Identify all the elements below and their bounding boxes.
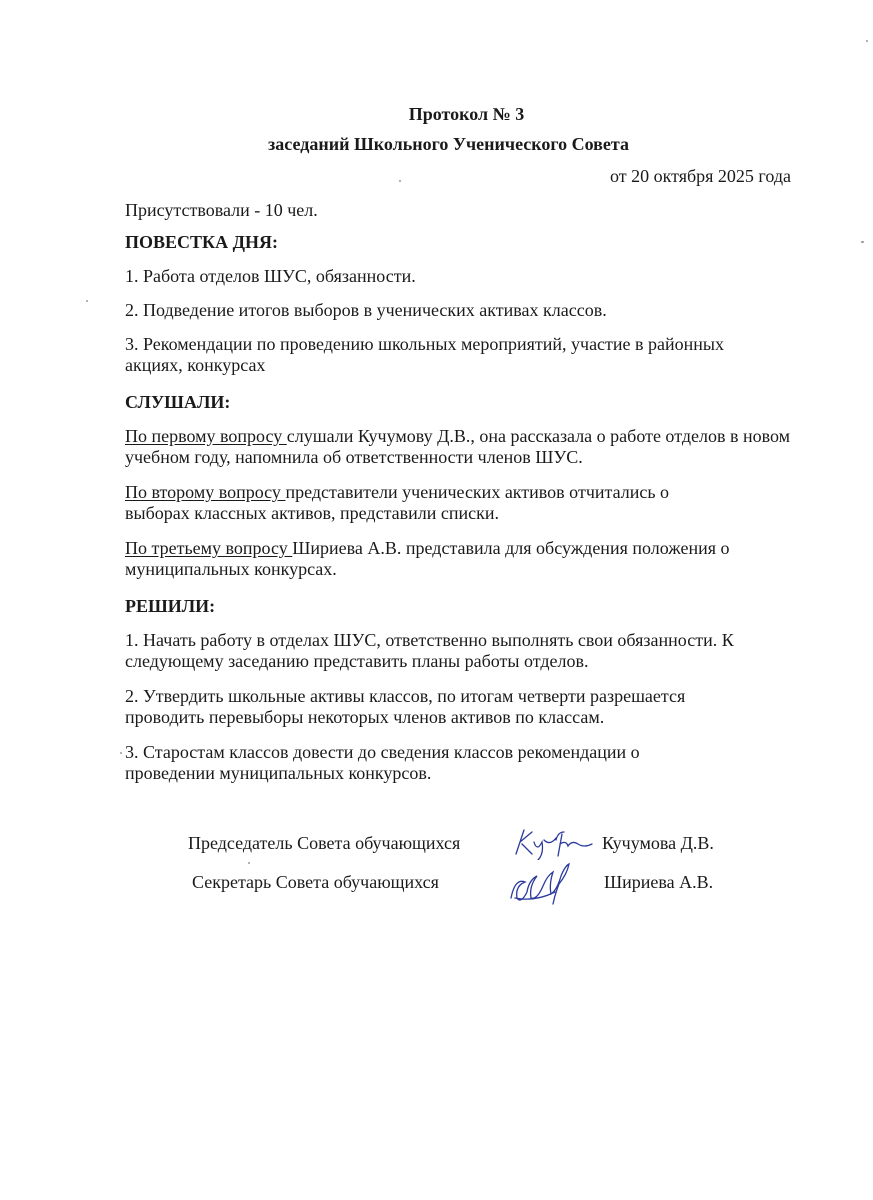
signature-name-chair: Кучумова Д.В. (602, 833, 714, 854)
signature-role-secretary: Секретарь Совета обучающихся (192, 872, 439, 893)
agenda-item: 2. Подведение итогов выборов в ученическ… (125, 300, 805, 321)
scan-speck (861, 241, 864, 243)
decided-item-3: 3. Старостам классов довести до сведения… (125, 742, 725, 784)
document-page: Протокол № 3 заседаний Школьного Учениче… (0, 0, 873, 1200)
document-date: от 20 октября 2025 года (610, 166, 791, 187)
heard-item-2-lead: По второму вопросу (125, 482, 285, 502)
signature-chair-icon (510, 826, 596, 860)
signature-role-chair: Председатель Совета обучающихся (188, 833, 460, 854)
heard-item-1-lead: По первому вопросу (125, 426, 287, 446)
scan-speck (120, 752, 122, 754)
agenda-item-3: 3. Рекомендации по проведению школьных м… (125, 334, 745, 376)
document-title: Протокол № 3 (30, 104, 873, 125)
document-subtitle: заседаний Школьного Ученического Совета (12, 134, 873, 155)
decided-item-2: 2. Утвердить школьные активы классов, по… (125, 686, 765, 728)
agenda-item: 1. Работа отделов ШУС, обязанности. (125, 266, 805, 287)
heard-item: По первому вопросу слушали Кучумову Д.В.… (125, 426, 805, 468)
signature-secretary-icon (505, 862, 577, 914)
attendance-text: Присутствовали - 10 чел. (125, 200, 805, 221)
agenda-item: 3. Рекомендации по проведению школьных м… (125, 334, 745, 376)
heard-heading: СЛУШАЛИ: (125, 392, 805, 413)
scan-speck (866, 40, 868, 42)
decided-item: 2. Утвердить школьные активы классов, по… (125, 686, 765, 728)
decided-item: 1. Начать работу в отделах ШУС, ответств… (125, 630, 805, 672)
decided-section: РЕШИЛИ: (125, 596, 805, 617)
decided-heading: РЕШИЛИ: (125, 596, 805, 617)
agenda-section: ПОВЕСТКА ДНЯ: (125, 232, 805, 253)
heard-section: СЛУШАЛИ: (125, 392, 805, 413)
heard-item-3-lead: По третьему вопросу (125, 538, 292, 558)
agenda-item-2: 2. Подведение итогов выборов в ученическ… (125, 300, 805, 321)
decided-item-1: 1. Начать работу в отделах ШУС, ответств… (125, 630, 805, 672)
scan-speck (86, 300, 88, 302)
heard-item: По третьему вопросу Шириева А.В. предста… (125, 538, 805, 580)
signature-name-secretary: Шириева А.В. (604, 872, 713, 893)
heard-item: По второму вопросу представители учениче… (125, 482, 725, 524)
scan-speck (248, 862, 250, 864)
agenda-heading: ПОВЕСТКА ДНЯ: (125, 232, 805, 253)
attendance: Присутствовали - 10 чел. (125, 200, 805, 221)
scan-speck (399, 180, 401, 182)
agenda-item-1: 1. Работа отделов ШУС, обязанности. (125, 266, 805, 287)
decided-item: 3. Старостам классов довести до сведения… (125, 742, 725, 784)
